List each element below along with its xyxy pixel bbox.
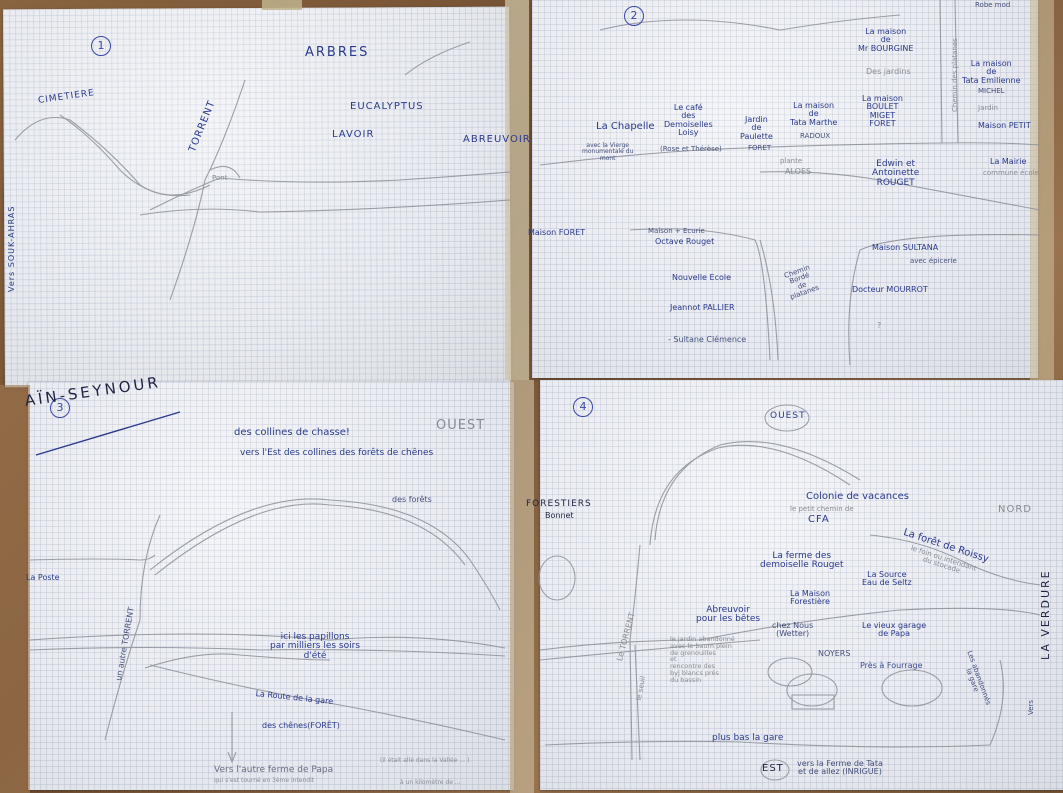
label-vers-est-collines: vers l'Est des collines des forêts de ch…: [240, 449, 433, 458]
label-vers: Vers: [1028, 700, 1035, 715]
label-la-mairie: La Mairie: [990, 158, 1026, 166]
tape-strip: [510, 380, 534, 793]
label-vieux-garage-papa: Le vieux garage de Papa: [862, 622, 926, 639]
label-nouvelle-ecole: Nouvelle Ecole: [672, 274, 731, 282]
label-ferme-note-2: (il était allé dans la Vallée ... ): [380, 758, 469, 764]
label-des-forets: des forêts: [392, 496, 432, 504]
label-collines-chasse: des collines de chasse!: [234, 428, 350, 439]
label-maison-tata-emilienne-sub: MICHEL: [978, 88, 1005, 95]
label-maison-tata-marthe: La maison de Tata Marthe: [790, 102, 837, 127]
label-la-chapelle: La Chapelle: [596, 122, 655, 133]
label-cafe-note: (Rose et Thérèse): [660, 146, 722, 153]
label-jardin-abandonne: le jardin abandonné avec le baum plein d…: [670, 636, 735, 684]
label-chez-nous: chez Nous (Wetter): [772, 622, 813, 639]
label-vers-souk-ahras: Vers SOUK-AHRAS: [8, 206, 16, 292]
label-nord: NORD: [998, 505, 1032, 516]
label-source-eau-seltz: La Source Eau de Seltz: [862, 571, 912, 588]
tape-strip: [0, 385, 30, 793]
label-pont: Pont: [212, 175, 227, 182]
label-sultana-note: avec épicerie: [910, 258, 957, 265]
label-maison-ecurie-note: Maison + Ecurie: [648, 228, 705, 235]
label-cafe-demoiselles: Le café des Demoiselles Loisy: [664, 104, 713, 138]
label-forestiers: FORESTIERS: [526, 500, 592, 509]
label-noyers: NOYERS: [818, 650, 850, 658]
label-est: EST: [762, 764, 784, 775]
map-sheet-2: [532, 0, 1038, 378]
label-maison-forestiere: La Maison Forestière: [790, 590, 830, 607]
label-vers-ferme-tata: vers la Ferme de Tata et de allez (INRIG…: [797, 760, 883, 777]
label-mairie-note: commune école: [983, 170, 1039, 177]
label-edwin-antoinette: Edwin et Antoinette ROUGET: [872, 160, 919, 188]
label-maison-sultana: Maison SULTANA: [872, 244, 938, 252]
label-maison-boulet: La maison BOULET MIGET FORET: [862, 95, 903, 129]
label-pres-fourrage: Près à Fourrage: [860, 662, 923, 670]
label-jardin-right: Jardin: [978, 105, 998, 112]
label-maison-tata-marthe-sub: RADOUX: [800, 133, 830, 140]
label-robe-mod: Robe mod: [975, 2, 1010, 9]
label-abreuvoir-betes: Abreuvoir pour les bêtes: [696, 606, 760, 625]
label-chemin-platanes-vertical: Chemin des platanes: [952, 38, 959, 112]
label-vers-ferme-papa: Vers l'autre ferme de Papa: [214, 766, 333, 775]
label-la-verdure: LA VERDURE: [1040, 569, 1052, 660]
label-ferme-note-1: qui s'est tourné en 3ème intendit: [214, 778, 314, 784]
label-ouest-sheet3: OUEST: [436, 419, 485, 433]
label-ferme-note-3: à un kilomètre de ...: [400, 780, 461, 786]
label-maison-foret: Maison FORET: [528, 229, 585, 237]
tape-strip: [1030, 0, 1054, 380]
label-maison-tata-emilienne: La maison de Tata Emilienne: [962, 60, 1021, 85]
label-papillons: ici les papillons par milliers les soirs…: [270, 633, 360, 661]
label-plante: plante: [780, 158, 802, 165]
label-chapelle-note: avec la Vierge monumentale du mont: [582, 143, 633, 162]
label-arbres: ARBRES: [305, 46, 369, 60]
label-jeannot-pallier: Jeannot PALLIER: [670, 304, 735, 312]
sheet-number-badge: 4: [573, 397, 593, 417]
label-octave-rouget: Octave Rouget: [655, 238, 714, 246]
map-sheet-4: [540, 380, 1063, 790]
label-colonie-note: le petit chemin de: [790, 506, 854, 513]
label-lavoir: LAVOIR: [332, 130, 374, 141]
label-sultane-clemence: - Sultane Clémence: [668, 336, 746, 344]
label-aloes: ALOES: [785, 168, 811, 176]
tape-strip: [505, 0, 529, 380]
tape-strip: [262, 0, 302, 10]
label-plus-bas-gare: plus bas la gare: [712, 734, 783, 743]
label-maison-bourgine: La maison de Mr BOURGINE: [858, 28, 913, 53]
label-question-mark: ?: [877, 322, 881, 330]
label-ouest-sheet4: OUEST: [770, 412, 806, 421]
label-abreuvoir: ABREUVOIR: [463, 135, 531, 146]
label-des-jardins: Des jardins: [866, 68, 911, 76]
label-cfa: CFA: [808, 515, 830, 526]
label-jardin-paulette: Jardin de Paulette: [740, 116, 773, 141]
label-la-poste: La Poste: [26, 574, 60, 582]
sheet-number-badge: 2: [624, 6, 644, 26]
label-des-chenes: des chênes(FORÊT): [262, 722, 340, 730]
label-bonnet: Bonnet: [545, 512, 574, 520]
map-sheet-1: [3, 7, 511, 388]
label-docteur-mourrot: Docteur MOURROT: [852, 286, 928, 294]
label-maison-petit: Maison PETIT: [978, 122, 1031, 130]
label-eucalyptus: EUCALYPTUS: [350, 102, 424, 113]
label-ferme-demoiselle-rouget: La ferme des demoiselle Rouget: [760, 552, 844, 571]
sheet-number-badge: 1: [91, 36, 111, 56]
label-jardin-paulette-sub: FORET: [748, 145, 771, 152]
label-colonie-vacances: Colonie de vacances: [806, 492, 909, 503]
